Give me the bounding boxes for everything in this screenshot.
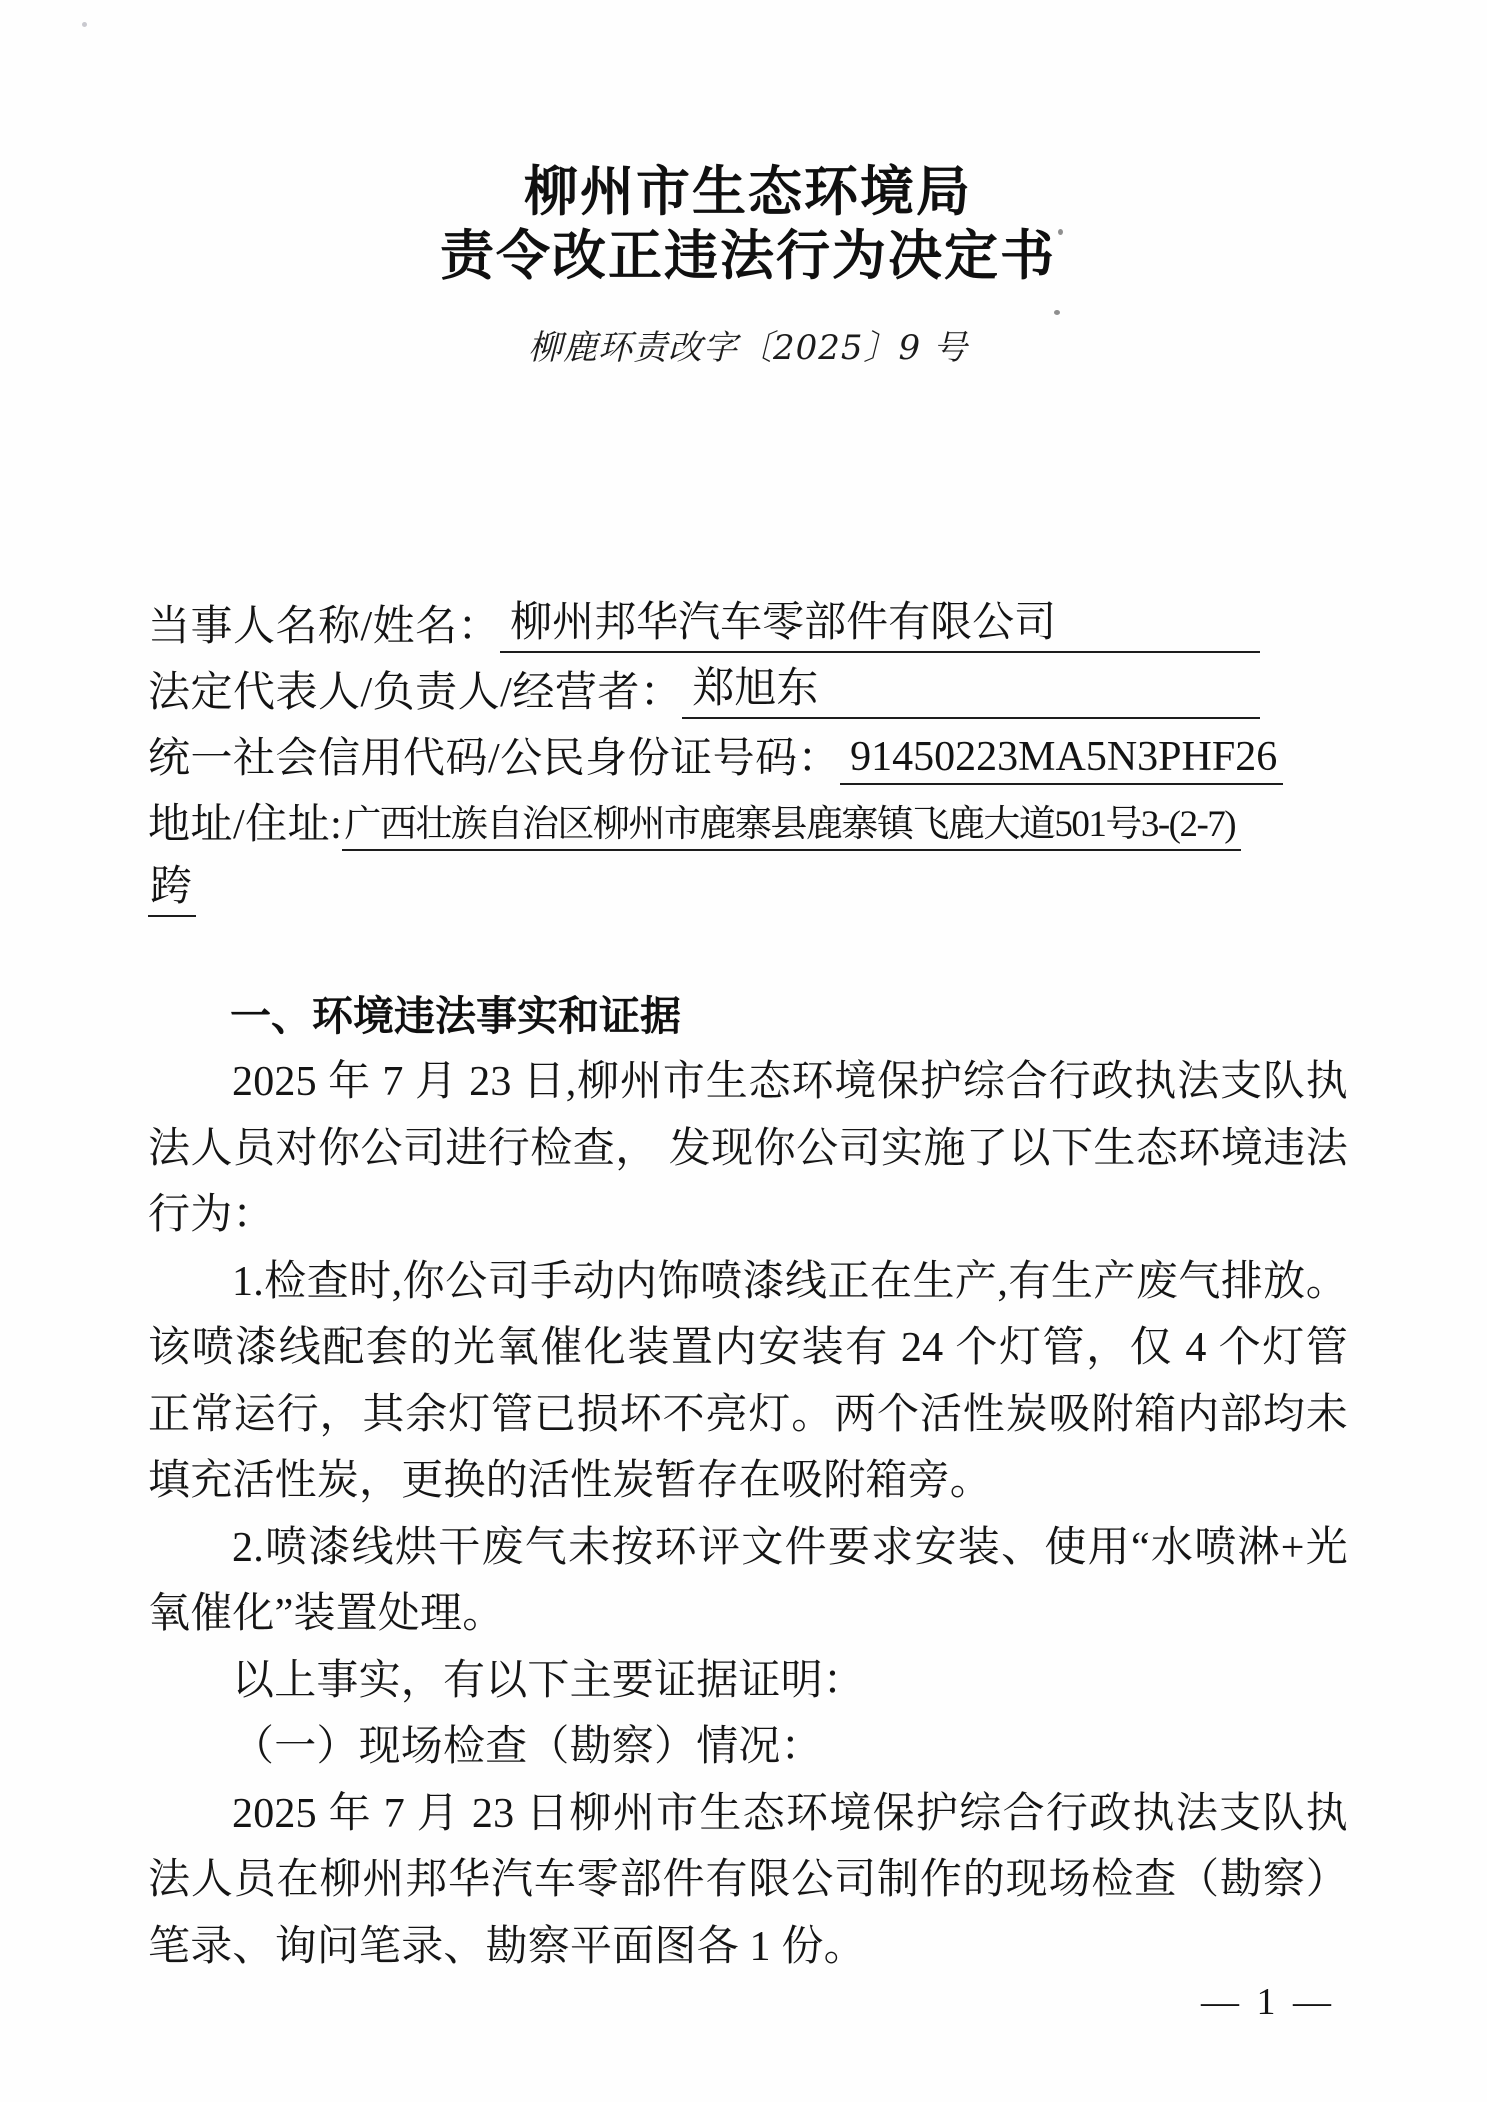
body-paragraph-1: 2025 年 7 月 23 日,柳州市生态环境保护综合行政执法支队执法人员对你公… [148,1049,1348,1249]
scan-speck [82,22,87,27]
party-row-credit-code: 统一社会信用代码/公民身份证号码： 91450223MA5N3PHF26 [148,719,1348,785]
document-title: 柳州市生态环境局 责令改正违法行为决定书 [148,160,1348,288]
title-line-2: 责令改正违法行为决定书 [148,224,1348,288]
address-value-line1: 广西壮族自治区柳州市鹿寨县鹿寨镇飞鹿大道501号3-(2-7) [342,793,1241,851]
party-name-label: 当事人名称/姓名： [148,593,500,653]
representative-label: 法定代表人/负责人/经营者： [148,659,682,719]
address-value-line2: 跨 [148,853,196,917]
representative-value: 郑旭东 [682,655,1260,719]
body-paragraph-5: （一）现场检查（勘察）情况： [148,1714,1348,1781]
body-paragraph-2: 1.检查时,你公司手动内饰喷漆线正在生产,有生产废气排放。该喷漆线配套的光氧催化… [148,1249,1348,1515]
credit-code-label: 统一社会信用代码/公民身份证号码： [148,725,840,785]
body-paragraph-4: 以上事实，有以下主要证据证明： [148,1648,1348,1715]
document-content: 柳州市生态环境局 责令改正违法行为决定书 柳鹿环责改字〔2025〕9 号 当事人… [148,0,1348,1980]
party-row-address: 地址/住址: 广西壮族自治区柳州市鹿寨县鹿寨镇飞鹿大道501号3-(2-7) [148,785,1348,851]
party-row-representative: 法定代表人/负责人/经营者： 郑旭东 [148,653,1348,719]
address-label: 地址/住址: [148,791,342,851]
credit-code-value: 91450223MA5N3PHF26 [840,733,1283,785]
party-row-name: 当事人名称/姓名： 柳州邦华汽车零部件有限公司 [148,587,1348,653]
body-paragraph-6: 2025 年 7 月 23 日柳州市生态环境保护综合行政执法支队执法人员在柳州邦… [148,1781,1348,1981]
document-page: 柳州市生态环境局 责令改正违法行为决定书 柳鹿环责改字〔2025〕9 号 当事人… [0,0,1487,2102]
party-info-block: 当事人名称/姓名： 柳州邦华汽车零部件有限公司 法定代表人/负责人/经营者： 郑… [148,587,1348,917]
party-row-address-cont: 跨 [148,851,1348,917]
document-number: 柳鹿环责改字〔2025〕9 号 [148,320,1348,369]
title-line-1: 柳州市生态环境局 [148,160,1348,224]
party-name-value: 柳州邦华汽车零部件有限公司 [500,589,1260,653]
section-heading: 一、环境违法事实和证据 [148,983,1348,1049]
page-number: — 1 — [1201,1980,1335,2024]
body-paragraph-3: 2.喷漆线烘干废气未按环评文件要求安装、使用“水喷淋+光氧催化”装置处理。 [148,1515,1348,1648]
